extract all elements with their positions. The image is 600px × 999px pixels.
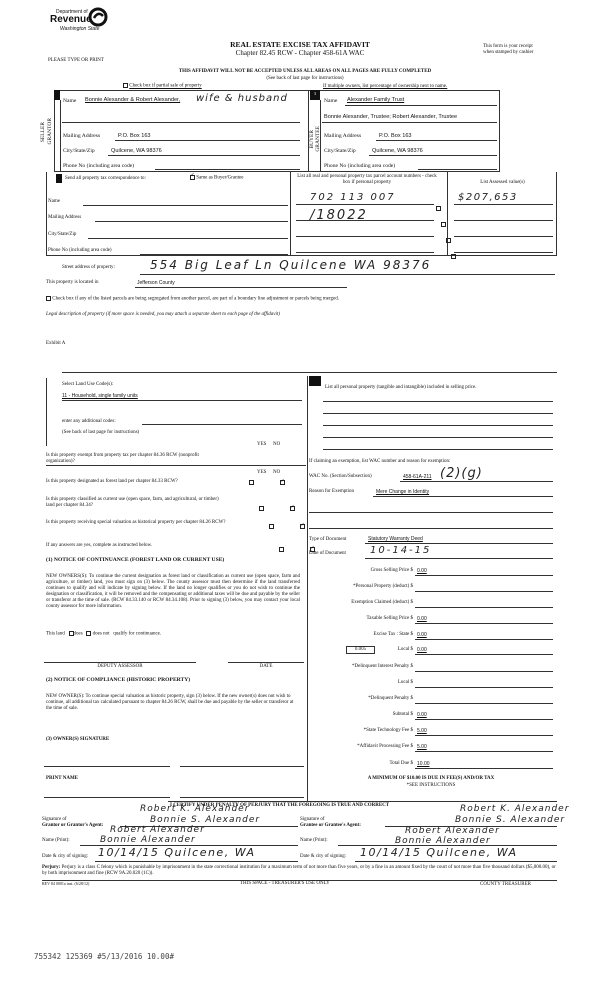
grantee-name-label: Name (Print): bbox=[300, 838, 328, 844]
no-checkbox[interactable] bbox=[300, 524, 305, 529]
buyer-name-label: Name bbox=[324, 98, 337, 105]
corr-mailing-field[interactable] bbox=[95, 221, 288, 222]
tax-row-field[interactable]: 0.00 bbox=[417, 568, 427, 574]
grantor-date-label: Date & city of signing: bbox=[42, 854, 88, 860]
treasurer-use-label: THIS SPACE - TREASURER'S USE ONLY bbox=[240, 881, 330, 887]
doc-date-rule bbox=[365, 558, 553, 559]
wac-field[interactable]: 458-61A-211 bbox=[403, 474, 432, 480]
corr-city-label: City/State/Zip bbox=[48, 232, 76, 238]
assessed-rule bbox=[454, 220, 553, 221]
tax-row2-label: *Affidavit Processing Fee $ bbox=[309, 744, 413, 750]
personal-property-checkbox[interactable] bbox=[446, 238, 451, 243]
tax-row-field[interactable]: 0.00 bbox=[417, 632, 427, 638]
tax-row-field[interactable]: 0.00 bbox=[417, 616, 427, 622]
buyer-name-rule bbox=[345, 105, 497, 106]
seller-name-rule2 bbox=[62, 122, 300, 123]
does-not-label: does not bbox=[93, 632, 110, 637]
local-tax-rule bbox=[415, 654, 553, 655]
owner-sig-field-2[interactable] bbox=[180, 766, 304, 767]
assessed-rule bbox=[454, 252, 553, 253]
no-checkbox[interactable] bbox=[280, 480, 285, 485]
this-land-label: This land bbox=[46, 632, 65, 637]
partial-sale-checkbox[interactable] bbox=[123, 83, 128, 88]
yes-checkbox[interactable] bbox=[269, 524, 274, 529]
land-use-left-rule bbox=[46, 378, 47, 446]
grantor-signature-1[interactable]: Robert K. Alexander bbox=[140, 804, 249, 814]
see-back-note: (See back of last page for instructions) bbox=[200, 76, 410, 82]
tax-row2-rule bbox=[415, 671, 553, 672]
assessed-rule bbox=[454, 236, 553, 237]
tax-row2-rule bbox=[415, 735, 553, 736]
reason-label: Reason for Exemption bbox=[309, 489, 354, 495]
parcel-rule bbox=[296, 220, 434, 221]
land-use-question: Is this property receiving special valua… bbox=[46, 520, 226, 526]
parcel-rule bbox=[296, 236, 434, 237]
buyer-name-line2-field[interactable]: Bonnie Alexander, Trustee; Robert Alexan… bbox=[324, 114, 457, 121]
form-title: REAL ESTATE EXCISE TAX AFFIDAVIT bbox=[180, 40, 420, 49]
buyer-name-field[interactable]: Alexander Family Trust bbox=[347, 97, 404, 104]
corr-phone-field[interactable] bbox=[140, 254, 288, 255]
personal-property-checkbox[interactable] bbox=[441, 222, 446, 227]
grantee-date-label: Date & city of signing: bbox=[300, 854, 346, 860]
segregated-option[interactable]: Check box if any of the listed parcels a… bbox=[46, 296, 339, 303]
grantee-signature-2[interactable]: Bonnie S. Alexander bbox=[455, 815, 565, 825]
tax-row2-label: *Delinquent Interest Penalty $ bbox=[309, 664, 413, 670]
dor-logo: Department of Revenue Washington State bbox=[50, 9, 110, 41]
reason-rule-2 bbox=[309, 512, 553, 513]
tax-row2-field[interactable]: 5.00 bbox=[417, 744, 427, 750]
logo-revenue: Revenue bbox=[50, 14, 92, 25]
wac-label: WAC No. (Section/Subsection) bbox=[309, 474, 372, 480]
yes-header: YES bbox=[257, 442, 266, 448]
land-use-rule bbox=[62, 400, 302, 401]
land-use-question: Is this property exempt from property ta… bbox=[46, 453, 226, 465]
doc-type-field[interactable]: Statutory Warranty Deed bbox=[368, 536, 423, 542]
seller-mailing-rule bbox=[115, 140, 300, 141]
grantee-sig-label: Signature of Grantee or Grantee's Agent: bbox=[300, 817, 361, 829]
owner-sig-field-1[interactable] bbox=[44, 766, 170, 767]
tax-row-label: Gross Selling Price $ bbox=[309, 568, 413, 574]
tax-row2-label: *State Technology Fee $ bbox=[309, 728, 413, 734]
yes-checkbox[interactable] bbox=[279, 547, 284, 552]
perjury-note: Perjury: Perjury is a class C felony whi… bbox=[42, 865, 557, 877]
exemption-claim-label: If claiming an exemption, list WAC numbe… bbox=[309, 459, 450, 465]
qualify-label: qualify for continuance. bbox=[113, 632, 161, 637]
no-header: NO bbox=[273, 470, 280, 476]
deputy-assessor-label: DEPUTY ASSESSOR bbox=[44, 664, 196, 670]
print-name-field-2[interactable] bbox=[180, 797, 304, 798]
same-as-buyer-checkbox[interactable] bbox=[190, 175, 195, 180]
tax-row2-rule bbox=[415, 703, 553, 704]
tax-row-rule bbox=[415, 639, 553, 640]
assessed-rule bbox=[454, 204, 553, 205]
street-field[interactable]: 554 Big Leaf Ln Quilcene WA 98376 bbox=[150, 258, 431, 272]
same-as-buyer-label: Same as Buyer/Grantee bbox=[196, 176, 243, 181]
partial-sale-label: Check box if partial sale of property bbox=[129, 84, 201, 89]
grantor-sig-label: Signature of Grantor or Grantor's Agent: bbox=[42, 817, 103, 829]
doc-type-label: Type of Document bbox=[309, 537, 346, 543]
tax-row-label: *Personal Property (deduct) $ bbox=[309, 584, 413, 590]
parcel-header: List all real and personal property tax … bbox=[293, 174, 441, 186]
grantee-sig-label-2: Grantee or Grantee's Agent: bbox=[300, 823, 361, 829]
partial-sale-option[interactable]: Check box if partial sale of property bbox=[123, 83, 202, 90]
located-field[interactable]: Jefferson County bbox=[137, 280, 175, 286]
grantor-sig-label-2: Grantor or Grantor's Agent: bbox=[42, 823, 103, 829]
personal-property-field-3[interactable] bbox=[323, 425, 553, 426]
correspondence-marker bbox=[56, 174, 62, 183]
personal-property-label: List all personal property (tangible and… bbox=[325, 385, 476, 391]
perjury-label: Perjury: bbox=[42, 865, 60, 870]
seller-city-label: City/State/Zip bbox=[63, 148, 95, 155]
wac-rule bbox=[400, 481, 553, 482]
parcel-rule bbox=[296, 252, 434, 253]
legal-value[interactable]: Exhibit A bbox=[46, 341, 65, 347]
seller-phone-label: Phone No (including area code) bbox=[63, 163, 134, 170]
see-instructions: *SEE INSTRUCTIONS bbox=[309, 783, 553, 789]
local-tax-label: Local $ bbox=[309, 647, 413, 653]
wac-handwritten: (2)(g) bbox=[440, 466, 483, 481]
grantor-name-1[interactable]: Robert Alexander bbox=[110, 825, 205, 835]
seller-name-field[interactable]: Bonnie Alexander & Robert Alexander, bbox=[85, 97, 195, 104]
owner-sig-title: (3) OWNER(S) SIGNATURE bbox=[46, 737, 109, 743]
buyer-city-label: City/State/Zip bbox=[324, 148, 356, 155]
tax-row-rule bbox=[415, 607, 553, 608]
same-as-buyer-option[interactable]: Same as Buyer/Grantee bbox=[190, 175, 243, 182]
if-yes-note: If any answers are yes, complete as inst… bbox=[46, 543, 152, 549]
buyer-phone-field[interactable] bbox=[418, 169, 497, 170]
notice2-body: NEW OWNER(S): To continue special valuat… bbox=[46, 694, 300, 712]
buyer-name-line2-rule bbox=[322, 122, 497, 123]
personal-property-field-2[interactable] bbox=[323, 413, 553, 414]
legal-end-rule bbox=[62, 372, 557, 373]
no-checkbox[interactable] bbox=[290, 506, 295, 511]
warning-text: THIS AFFIDAVIT WILL NOT BE ACCEPTED UNLE… bbox=[100, 69, 510, 75]
located-rule bbox=[135, 287, 347, 288]
seller-section-marker bbox=[54, 90, 60, 100]
print-name-field-1[interactable] bbox=[44, 797, 170, 798]
additional-codes-field[interactable] bbox=[142, 424, 302, 425]
personal-property-checkbox[interactable] bbox=[436, 206, 441, 211]
tax-row-rule bbox=[415, 623, 553, 624]
receipt-note: This form is your receipt when stamped b… bbox=[483, 44, 533, 56]
no-header: NO bbox=[273, 442, 280, 448]
buyer-phone-label: Phone No (including area code) bbox=[324, 163, 395, 170]
tax-row2-label: *Delinquent Penalty $ bbox=[309, 696, 413, 702]
land-use-question: Is this property designated as forest la… bbox=[46, 479, 226, 485]
corr-name-field[interactable] bbox=[83, 205, 288, 206]
perjury-text: Perjury is a class C felony which is pun… bbox=[42, 865, 556, 876]
land-use-label: Select Land Use Code(s): bbox=[62, 382, 113, 388]
tax-row2-rule bbox=[415, 768, 553, 769]
doc-date-field[interactable]: 10-14-15 bbox=[370, 545, 431, 556]
personal-property-field-4[interactable] bbox=[323, 437, 553, 438]
buyer-mailing-rule bbox=[376, 140, 497, 141]
seller-mailing-label: Mailing Address bbox=[63, 133, 100, 140]
seller-left-rule bbox=[60, 100, 61, 172]
tax-row2-field[interactable]: 10.00 bbox=[417, 761, 430, 767]
treasurer-stamp: 755342 125369 #5/13/2016 10.00# bbox=[34, 952, 174, 961]
buyer-section-num: 3 bbox=[314, 91, 316, 96]
print-name-label: PRINT NAME bbox=[46, 776, 78, 782]
tax-row-label: Exemption Claimed (deduct) $ bbox=[309, 600, 413, 606]
deputy-assessor-sig[interactable] bbox=[44, 662, 196, 663]
dor-swirl-icon bbox=[88, 7, 108, 27]
notice1-title: (1) NOTICE OF CONTINUANCE (FOREST LAND O… bbox=[46, 557, 224, 564]
grantor-label: GRANTOR bbox=[47, 118, 53, 145]
section5-marker bbox=[309, 376, 321, 386]
continuance-options: This land does does not qualify for cont… bbox=[46, 631, 161, 638]
grantee-date-field[interactable]: 10/14/15 Quilcene, WA bbox=[360, 846, 518, 859]
seller-name-handwritten: wife & husband bbox=[196, 93, 288, 104]
grantor-date-field[interactable]: 10/14/15 Quilcene, WA bbox=[98, 846, 256, 859]
tax-row2-label: Total Due $ bbox=[309, 761, 413, 767]
deputy-date-field[interactable] bbox=[228, 662, 304, 663]
minimum-note: A MINIMUM OF $10.00 IS DUE IN FEE(S) AND… bbox=[309, 776, 553, 782]
seller-label: SELLER bbox=[40, 122, 46, 142]
reason-rule bbox=[373, 496, 553, 497]
grantor-name-2[interactable]: Bonnie Alexander bbox=[100, 835, 196, 845]
tax-row2-rule bbox=[415, 687, 553, 688]
does-not-checkbox[interactable] bbox=[86, 631, 91, 636]
doc-type-rule bbox=[365, 543, 553, 544]
doc-date-label: Date of Document bbox=[309, 551, 346, 557]
tax-row2-field[interactable]: 0.00 bbox=[417, 712, 427, 718]
seller-phone-field[interactable] bbox=[155, 169, 300, 170]
corr-phone-label: Phone No (including area code) bbox=[48, 248, 112, 254]
form-subtitle: Chapter 82.45 RCW - Chapter 458-61A WAC bbox=[180, 49, 420, 57]
grantee-signature-1[interactable]: Robert K. Alexander bbox=[460, 804, 569, 814]
grantor-date-rule bbox=[95, 861, 298, 862]
yes-checkbox[interactable] bbox=[249, 480, 254, 485]
grantee-name-1[interactable]: Robert Alexander bbox=[405, 826, 500, 836]
segregated-checkbox[interactable] bbox=[46, 296, 51, 301]
parcel-divider bbox=[290, 172, 291, 256]
assessed-header: List Assessed value(s) bbox=[450, 180, 555, 186]
legal-label: Legal description of property (if more s… bbox=[46, 312, 280, 318]
assessed-value-field[interactable]: $207,653 bbox=[458, 192, 518, 203]
additional-codes-label: enter any additional codes: bbox=[62, 419, 116, 425]
grantee-date-rule bbox=[355, 861, 557, 862]
personal-property-checkbox[interactable] bbox=[451, 254, 456, 259]
located-label: This property is located in bbox=[46, 280, 99, 286]
reason-field[interactable]: Mere Change in Identity bbox=[376, 489, 429, 495]
grantor-name-label: Name (Print): bbox=[42, 838, 70, 844]
buyer-mailing-label: Mailing Address bbox=[324, 133, 361, 140]
right-column-rule bbox=[307, 376, 308, 801]
tax-row2-label: Local $ bbox=[309, 680, 413, 686]
seller-name-label: Name bbox=[63, 98, 76, 105]
tax-row2-field[interactable]: 5.00 bbox=[417, 728, 427, 734]
correspondence-label: Send all property tax correspondence to: bbox=[65, 176, 146, 182]
yes-header: YES bbox=[257, 470, 266, 476]
does-checkbox[interactable] bbox=[69, 631, 74, 636]
corr-mailing-label: Mailing Address bbox=[48, 215, 81, 221]
yes-checkbox[interactable] bbox=[259, 506, 264, 511]
land-use-see-back: (See back of last page for instructions) bbox=[62, 430, 139, 436]
tax-row2-label: Subtotal $ bbox=[309, 712, 413, 718]
tax-row-label: Taxable Selling Price $ bbox=[309, 616, 413, 622]
notice2-title: (2) NOTICE OF COMPLIANCE (HISTORIC PROPE… bbox=[46, 677, 190, 684]
grantee-label: GRANTEE bbox=[315, 126, 321, 152]
grantor-signature-2[interactable]: Bonnie S. Alexander bbox=[150, 815, 260, 825]
seller-city-field[interactable]: Quilcene, WA 98376 bbox=[111, 148, 162, 155]
personal-property-field-1[interactable] bbox=[323, 401, 553, 402]
parcel-number-field[interactable]: 702 113 007 bbox=[310, 192, 396, 203]
tax-row-rule bbox=[415, 591, 553, 592]
exempt-question-rule bbox=[46, 465, 306, 466]
street-rule bbox=[140, 274, 555, 275]
buyer-city-rule bbox=[369, 155, 497, 156]
tax-row2-rule bbox=[415, 719, 553, 720]
land-use-select[interactable]: 11 - Household, single family units bbox=[62, 393, 138, 399]
notice1-body: NEW OWNERS(S): To continue the current d… bbox=[46, 574, 300, 610]
please-type-label: PLEASE TYPE OR PRINT bbox=[48, 58, 104, 64]
tax-row-rule bbox=[415, 575, 553, 576]
street-label: Street address of property: bbox=[62, 265, 115, 271]
county-treasurer-label: COUNTY TREASURER bbox=[480, 882, 531, 888]
personal-property-field-5[interactable] bbox=[323, 449, 553, 450]
land-use-question: Is this property classified as current u… bbox=[46, 497, 226, 509]
deputy-date-label: DATE bbox=[228, 664, 304, 670]
certify-top-rule bbox=[168, 801, 557, 802]
buyer-mailing-field[interactable]: P.O. Box 163 bbox=[379, 133, 412, 140]
corr-name-label: Name bbox=[48, 199, 60, 205]
seller-city-rule bbox=[108, 155, 300, 156]
receipt-note-line2: when stamped by cashier bbox=[483, 50, 533, 56]
parcel-rule bbox=[296, 204, 434, 205]
seller-mailing-field[interactable]: P.O. Box 163 bbox=[118, 133, 151, 140]
buyer-city-field[interactable]: Quilcene, WA 98376 bbox=[372, 148, 423, 155]
rev-label: REV 84 0001a inst. (6/28/12) bbox=[42, 881, 89, 886]
corr-city-field[interactable] bbox=[88, 238, 288, 239]
segregated-label: Check box if any of the listed parcels a… bbox=[52, 297, 339, 302]
reason-rule-3 bbox=[309, 528, 553, 529]
local-tax-field[interactable]: 0.00 bbox=[417, 647, 427, 653]
does-label: does bbox=[74, 632, 83, 637]
tax-row2-rule bbox=[415, 751, 553, 752]
assessed-divider bbox=[447, 172, 448, 256]
tax-row-label: Excise Tax : State $ bbox=[309, 632, 413, 638]
